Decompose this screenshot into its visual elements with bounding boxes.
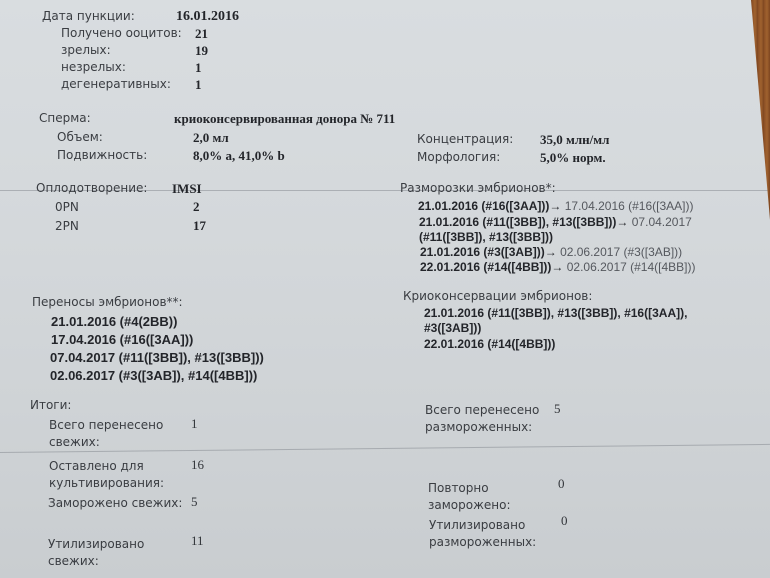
concentration-label: Концентрация:: [417, 132, 513, 147]
thaw-from: 21.01.2016 (#3([3AB]))→: [420, 245, 557, 259]
motility-value: 8,0% a, 41,0% b: [193, 148, 285, 163]
totals-label: заморожено:: [428, 498, 511, 513]
fertilization-method: IMSI: [172, 181, 202, 196]
motility-label: Подвижность:: [57, 148, 147, 163]
immature-label: незрелых:: [61, 60, 126, 75]
thaw-line: 21.01.2016 (#3([3AB]))→ 02.06.2017 (#3([…: [420, 245, 682, 260]
transfer-line: 07.04.2017 (#11([3BB]), #13([3BB])): [50, 350, 264, 365]
thaw-line: 21.01.2016 (#11([3BB]), #13([3BB]))→ 07.…: [419, 215, 692, 230]
fertilization-row-value: 2: [193, 199, 200, 214]
sperm-label: Сперма:: [39, 111, 91, 126]
degenerative-value: 1: [195, 77, 202, 92]
fertilization-label: Оплодотворение:: [36, 181, 147, 196]
sperm-value: криоконсервированная донора № 711: [174, 111, 395, 126]
cryo-line: 22.01.2016 (#14([4BB])): [424, 337, 555, 352]
thaw-from: 21.01.2016 (#11([3BB]), #13([3BB]))→: [419, 215, 628, 229]
puncture-date-label: Дата пункции:: [42, 9, 135, 24]
transfer-line: 21.01.2016 (#4(2BB)): [51, 314, 177, 329]
thaw-from: (#11([3BB]), #13([3BB])): [419, 230, 553, 244]
transfers-title: Переносы эмбрионов**:: [32, 295, 183, 310]
totals-label: Всего перенесено: [49, 418, 163, 433]
fold-line: [0, 444, 770, 453]
totals-label: размороженных:: [429, 535, 536, 550]
cryo-line: 21.01.2016 (#11([3BB]), #13([3BB]), #16(…: [424, 306, 687, 321]
fertilization-row-label: 0PN: [55, 200, 79, 215]
transfer-line: 17.04.2016 (#16([3AA])): [51, 332, 193, 347]
totals-value: 0: [558, 476, 565, 491]
morphology-value: 5,0% норм.: [540, 150, 606, 165]
totals-value: 5: [191, 494, 198, 509]
thaw-to: 02.06.2017 (#14([4BB])): [563, 260, 695, 274]
totals-value: 0: [561, 513, 568, 528]
thaw-from: 22.01.2016 (#14([4BB]))→: [420, 260, 563, 274]
thaw-line: 21.01.2016 (#16([3AA]))→ 17.04.2016 (#16…: [418, 199, 694, 214]
totals-label: Повторно: [428, 481, 489, 496]
morphology-label: Морфология:: [417, 150, 500, 165]
totals-label: свежих:: [48, 554, 99, 569]
totals-title: Итоги:: [30, 398, 71, 413]
totals-label: Оставлено для: [49, 459, 144, 474]
thaw-line: (#11([3BB]), #13([3BB])): [419, 230, 553, 245]
totals-value: 1: [191, 416, 198, 431]
transfer-line: 02.06.2017 (#3([3AB]), #14([4BB])): [50, 368, 257, 383]
thaw-to: 02.06.2017 (#3([3AB])): [557, 245, 682, 259]
totals-label: Заморожено свежих:: [48, 496, 182, 511]
immature-value: 1: [195, 60, 202, 75]
mature-value: 19: [195, 43, 208, 58]
oocytes-label: Получено ооцитов:: [61, 26, 182, 41]
fertilization-row-value: 17: [193, 218, 206, 233]
mature-label: зрелых:: [61, 43, 111, 58]
volume-value: 2,0 мл: [193, 130, 229, 145]
thaw-line: 22.01.2016 (#14([4BB]))→ 02.06.2017 (#14…: [420, 260, 696, 275]
fertilization-row-label: 2PN: [55, 219, 79, 234]
thaw-from: 21.01.2016 (#16([3AA]))→: [418, 199, 561, 213]
thaw-to: 07.04.2017: [628, 215, 691, 229]
totals-label: культивирования:: [49, 476, 164, 491]
document-page: Дата пункции: 16.01.2016 Получено ооцито…: [0, 0, 770, 578]
degenerative-label: дегенеративных:: [61, 77, 171, 92]
concentration-value: 35,0 млн/мл: [540, 132, 609, 147]
totals-label: Утилизировано: [48, 537, 144, 552]
totals-label: размороженных:: [425, 420, 532, 435]
thaw-to: 17.04.2016 (#16([3AA])): [561, 199, 693, 213]
totals-label: свежих:: [49, 435, 100, 450]
totals-value: 5: [554, 401, 561, 416]
puncture-date-value: 16.01.2016: [176, 9, 239, 24]
totals-label: Всего перенесено: [425, 403, 539, 418]
totals-label: Утилизировано: [429, 518, 525, 533]
totals-value: 16: [191, 457, 204, 472]
thaws-title: Разморозки эмбрионов*:: [400, 181, 556, 196]
volume-label: Объем:: [57, 130, 103, 145]
cryo-title: Криоконсервации эмбрионов:: [403, 289, 592, 304]
oocytes-value: 21: [195, 26, 208, 41]
totals-value: 11: [191, 533, 204, 548]
cryo-line: #3([3AB])): [424, 321, 481, 336]
